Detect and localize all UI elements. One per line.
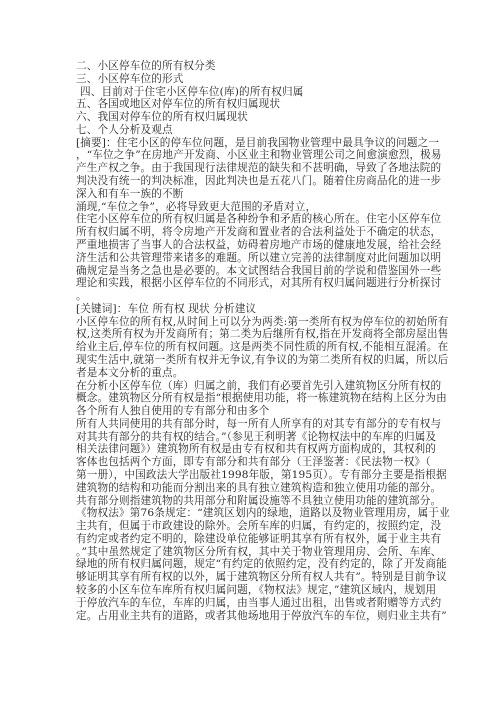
- body-line: 有约定或者约定不明的，除建设单位能够证明其享有所有权外，属于业主共有: [76, 533, 426, 546]
- abstract-line: 住宅小区停车位的所有权归属是各种纷争和矛盾的核心所在。住宅小区停车位: [76, 213, 426, 226]
- body-line: 够证明其享有所有权的以外，属于建筑物区分所有权人共有”。特别是目前争议: [76, 571, 426, 584]
- abstract-line: 产生产权之争。由于我国现行法律规范的缺失和不甚明确，导致了各地法院的: [76, 162, 426, 175]
- body-line: 。”其中虽然规定了建筑物区分所有权，其中关于物业管理用房、会所、车库、: [76, 546, 426, 559]
- body-line: 所有人共同使用的共有部分时，每一所有人所享有的对其专有部分的专有权与: [76, 418, 426, 431]
- body-line: 第一册），中国政法大学出版社1998年版，第195页）。专有部分主要是指根据: [76, 469, 426, 482]
- body-line: 共有部分则指建筑物的共用部分和附属设施等不具独立使用功能的建筑部分。: [76, 495, 426, 508]
- body-line: 小区停车位的所有权,从时间上可以分为两类:第一类所有权为停车位的初始所有: [76, 316, 426, 329]
- body-line: 概念。建筑物区分所有权是指“根据使用功能，将一栋建筑物在结构上区分为由: [76, 392, 426, 405]
- abstract-line: [摘要]：住宅小区的停车位问题，是目前我国物业管理中最具争议的问题之一: [76, 137, 426, 150]
- body-line: 建筑物的结构和功能而分割出来的具有独立建筑构造和独立使用功能的部分。: [76, 482, 426, 495]
- outline-item: 四、目前对于住宅小区停车位(库)的所有权归属: [76, 86, 426, 99]
- body-line: 于停放汽车的车位，车库的归属，由当事人通过出租，出售或者附赠等方式约: [76, 597, 426, 610]
- body-line: 相关法律问题》）建筑物所有权是由专有权和共有权两方面构成的，其权利的: [76, 443, 426, 456]
- body-line: 者是本文分析的重点。: [76, 367, 426, 380]
- abstract-line: 确规定是当务之急也是必要的。本文试图结合我国目前的学说和借鉴国外一些: [76, 265, 426, 278]
- body-text: 小区停车位的所有权,从时间上可以分为两类:第一类所有权为停车位的初始所有 权,这…: [76, 316, 426, 623]
- document-page: 二、小区停车位的所有权分类 三、小区停车位的形式 四、目前对于住宅小区停车位(库…: [76, 60, 426, 622]
- outline-item: 三、小区停车位的形式: [76, 73, 426, 86]
- body-line: 主共有，但属于市政建设的除外。会所车库的归属，有约定的，按照约定，没: [76, 520, 426, 533]
- outline-item: 五、各国或地区对停车位的所有权归属现状: [76, 98, 426, 111]
- body-line: 现实生活中,就第一类所有权并无争议,有争议的为第二类所有权的归属，所以后: [76, 354, 426, 367]
- body-line: 权,这类所有权为开发商所有；第二类为后继所有权,指在开发商将全部房屋出售: [76, 328, 426, 341]
- abstract-line: 所有权归属不明，将令房地产开发商和置业者的合法利益处于不确定的状态，: [76, 226, 426, 239]
- body-line: 绿地的所有权归属问题，规定“有约定的依照约定，没有约定的，除了开发商能: [76, 558, 426, 571]
- body-line: 客体也包括两个方面，即专有部分和共有部分（王泽鉴著：《民法物一权》（: [76, 456, 426, 469]
- body-line: 《物权法》第76条规定：“建筑区划内的绿地，道路以及物业管理用房，属于业: [76, 507, 426, 520]
- body-line: 定。占用业主共有的道路，或者其他场地用于停放汽车的车位，则归业主共有”: [76, 610, 426, 623]
- abstract-line: 涌现,“车位之争”，必将导致更大范围的矛盾对立，: [76, 201, 426, 214]
- outline-list: 二、小区停车位的所有权分类 三、小区停车位的形式 四、目前对于住宅小区停车位(库…: [76, 60, 426, 137]
- outline-item: 六、我国对停车位的所有权归属现状: [76, 111, 426, 124]
- body-line: 在分析小区停车位（库）归属之前，我们有必要首先引入建筑物区分所有权的: [76, 380, 426, 393]
- abstract-line: 判决没有统一的判决标准，因此判决也是五花八门。随着住房商品化的进一步: [76, 175, 426, 188]
- body-line: 各个所有人独自使用的专有部分和由多个: [76, 405, 426, 418]
- outline-item: 七、个人分析及观点: [76, 124, 426, 137]
- body-line: 较多的小区车位车库所有权归属问题，《物权法》规定，”建筑区域内，规划用: [76, 584, 426, 597]
- abstract: [摘要]：住宅小区的停车位问题，是目前我国物业管理中最具争议的问题之一 ，“车位…: [76, 137, 426, 303]
- abstract-line: 严重地损害了当事人的合法权益，妨碍着房地产市场的健康地发展，给社会经: [76, 239, 426, 252]
- abstract-line: 深入和有车一族的不断: [76, 188, 426, 201]
- abstract-line: 理论和实践，根据小区停车位的不同形式，对其所有权归属问题进行分析探讨: [76, 277, 426, 290]
- outline-item: 二、小区停车位的所有权分类: [76, 60, 426, 73]
- body-line: 给业主后,停车位的所有权问题。这是两类不同性质的所有权,不能相互混淆。在: [76, 341, 426, 354]
- abstract-line: 。: [76, 290, 426, 303]
- abstract-line: ，“车位之争”在房地产开发商、小区业主和物业管理公司之间愈演愈烈，极易: [76, 149, 426, 162]
- body-line: 对其共有部分的共有权的结合。”（参见王利明著《论物权法中的车库的归属及: [76, 431, 426, 444]
- keywords: [关键词]：车位 所有权 现状 分析建议: [76, 303, 426, 316]
- abstract-line: 济生活和公共管理带来诸多的难题。所以建立完善的法律制度对此问题加以明: [76, 252, 426, 265]
